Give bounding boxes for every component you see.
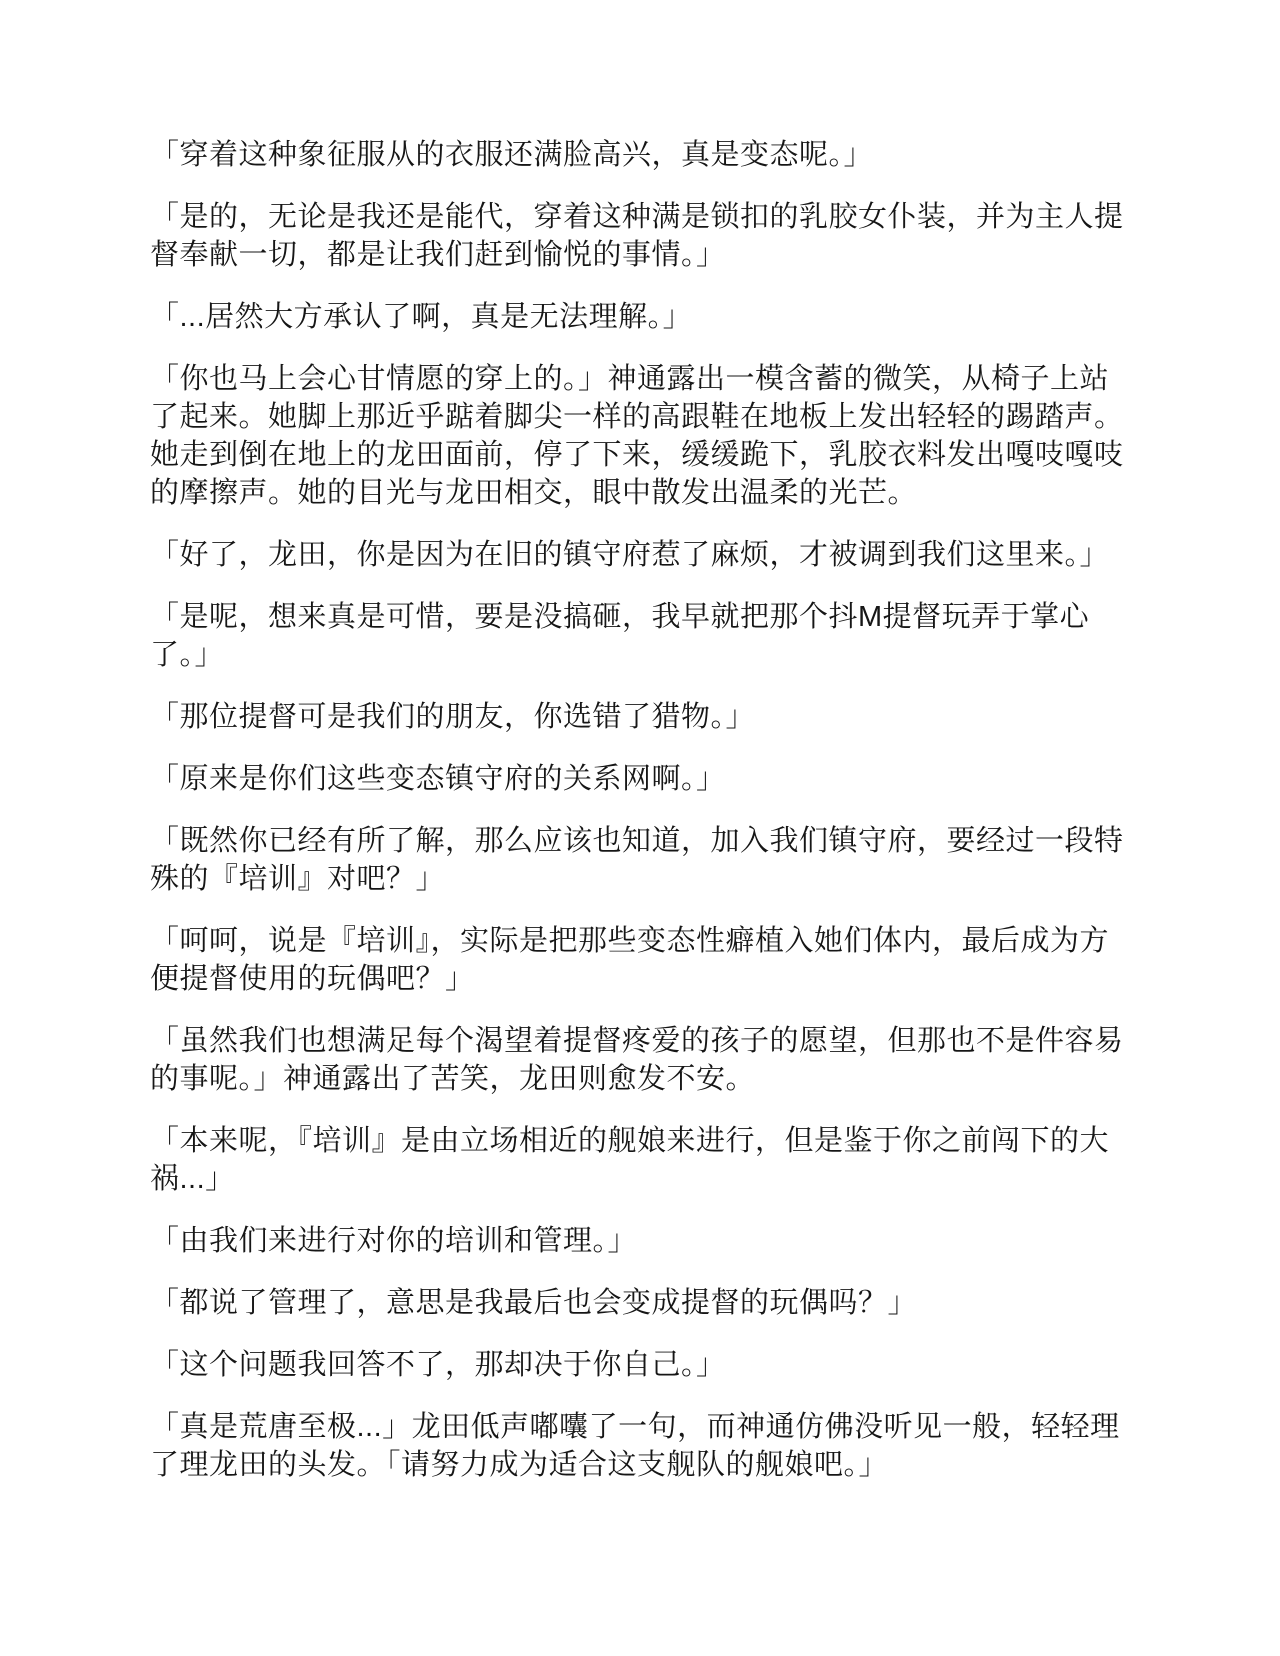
paragraph: 「你也马上会心甘情愿的穿上的。」神通露出一模含蓄的微笑，从椅子上站了起来。她脚上… [150, 360, 1132, 512]
paragraph: 「是的，无论是我还是能代，穿着这种满是锁扣的乳胶女仆装，并为主人提督奉献一切，都… [150, 198, 1132, 274]
paragraph: 「是呢，想来真是可惜，要是没搞砸，我早就把那个抖M提督玩弄于掌心了。」 [150, 598, 1132, 674]
paragraph: 「由我们来进行对你的培训和管理。」 [150, 1222, 1132, 1260]
paragraph: 「呵呵，说是『培训』，实际是把那些变态性癖植入她们体内，最后成为方便提督使用的玩… [150, 922, 1132, 998]
paragraph: 「真是荒唐至极...」龙田低声嘟囔了一句，而神通仿佛没听见一般，轻轻理了理龙田的… [150, 1408, 1132, 1484]
paragraph: 「本来呢，『培训』是由立场相近的舰娘来进行，但是鉴于你之前闯下的大祸...」 [150, 1122, 1132, 1198]
paragraph: 「穿着这种象征服从的衣服还满脸高兴，真是变态呢。」 [150, 136, 1132, 174]
document-page: 「穿着这种象征服从的衣服还满脸高兴，真是变态呢。」「是的，无论是我还是能代，穿着… [0, 0, 1280, 1656]
paragraph: 「虽然我们也想满足每个渴望着提督疼爱的孩子的愿望，但那也不是件容易的事呢。」神通… [150, 1022, 1132, 1098]
paragraph: 「这个问题我回答不了，那却决于你自己。」 [150, 1346, 1132, 1384]
paragraph-list: 「穿着这种象征服从的衣服还满脸高兴，真是变态呢。」「是的，无论是我还是能代，穿着… [150, 136, 1132, 1508]
paragraph: 「好了，龙田，你是因为在旧的镇守府惹了麻烦，才被调到我们这里来。」 [150, 536, 1132, 574]
paragraph: 「都说了管理了，意思是我最后也会变成提督的玩偶吗？」 [150, 1284, 1132, 1322]
paragraph: 「既然你已经有所了解，那么应该也知道，加入我们镇守府，要经过一段特殊的『培训』对… [150, 822, 1132, 898]
paragraph: 「原来是你们这些变态镇守府的关系网啊。」 [150, 760, 1132, 798]
paragraph: 「那位提督可是我们的朋友，你选错了猎物。」 [150, 698, 1132, 736]
paragraph: 「...居然大方承认了啊，真是无法理解。」 [150, 298, 1132, 336]
